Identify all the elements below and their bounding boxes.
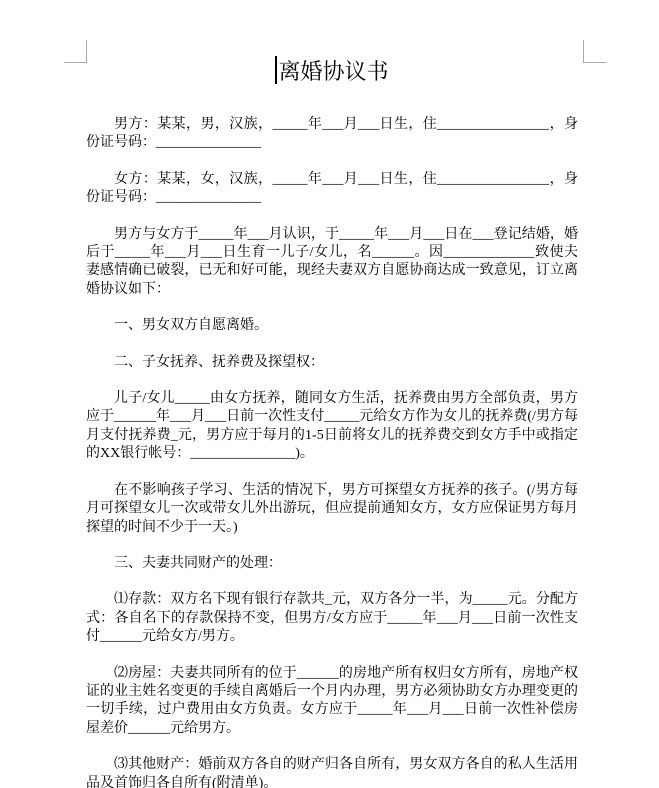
crop-mark-top-right: [583, 40, 606, 63]
clause-3-1-deposits[interactable]: ⑴存款：双方名下现有银行存款共_元，双方各分一半，为_____元。分配方式：各自…: [86, 591, 578, 646]
crop-mark-top-left: [64, 40, 87, 63]
preamble[interactable]: 男方与女方于_____年___月认识，于_____年___月___日在___登记…: [86, 226, 578, 300]
clause-1-voluntary-divorce[interactable]: 一、男女双方自愿离婚。: [86, 317, 578, 335]
clause-2-visitation[interactable]: 在不影响孩子学习、生活的情况下，男方可探望女方抚养的孩子。(/男方每月可探望女儿…: [86, 482, 578, 537]
document-title[interactable]: 离婚协议书: [86, 56, 578, 87]
clause-2-support-payment[interactable]: 儿子/女儿_____由女方抚养，随同女方生活，抚养费由男方全部负责，男方应于__…: [86, 390, 578, 464]
clause-2-heading-custody[interactable]: 二、子女抚养、抚养费及探望权：: [86, 354, 578, 372]
clause-3-3-other-property[interactable]: ⑶其他财产：婚前双方各自的财产归各自所有，男女双方各自的私人生活用品及首饰归各自…: [86, 756, 578, 788]
document-page[interactable]: 离婚协议书 男方：某某，男，汉族，_____年___月___日生，住______…: [0, 0, 659, 788]
text-area[interactable]: 离婚协议书 男方：某某，男，汉族，_____年___月___日生，住______…: [86, 56, 578, 788]
document-body[interactable]: 男方：某某，男，汉族，_____年___月___日生，住____________…: [86, 116, 578, 788]
clause-3-2-house[interactable]: ⑵房屋：夫妻共同所有的位于______的房地产所有权归女方所有，房地产权证的业主…: [86, 665, 578, 739]
female-party-info[interactable]: 女方：某某，女，汉族，_____年___月___日生，住____________…: [86, 171, 578, 208]
clause-3-heading-property[interactable]: 三、夫妻共同财产的处理：: [86, 555, 578, 573]
male-party-info[interactable]: 男方：某某，男，汉族，_____年___月___日生，住____________…: [86, 116, 578, 153]
document-title-text: 离婚协议书: [278, 59, 388, 84]
